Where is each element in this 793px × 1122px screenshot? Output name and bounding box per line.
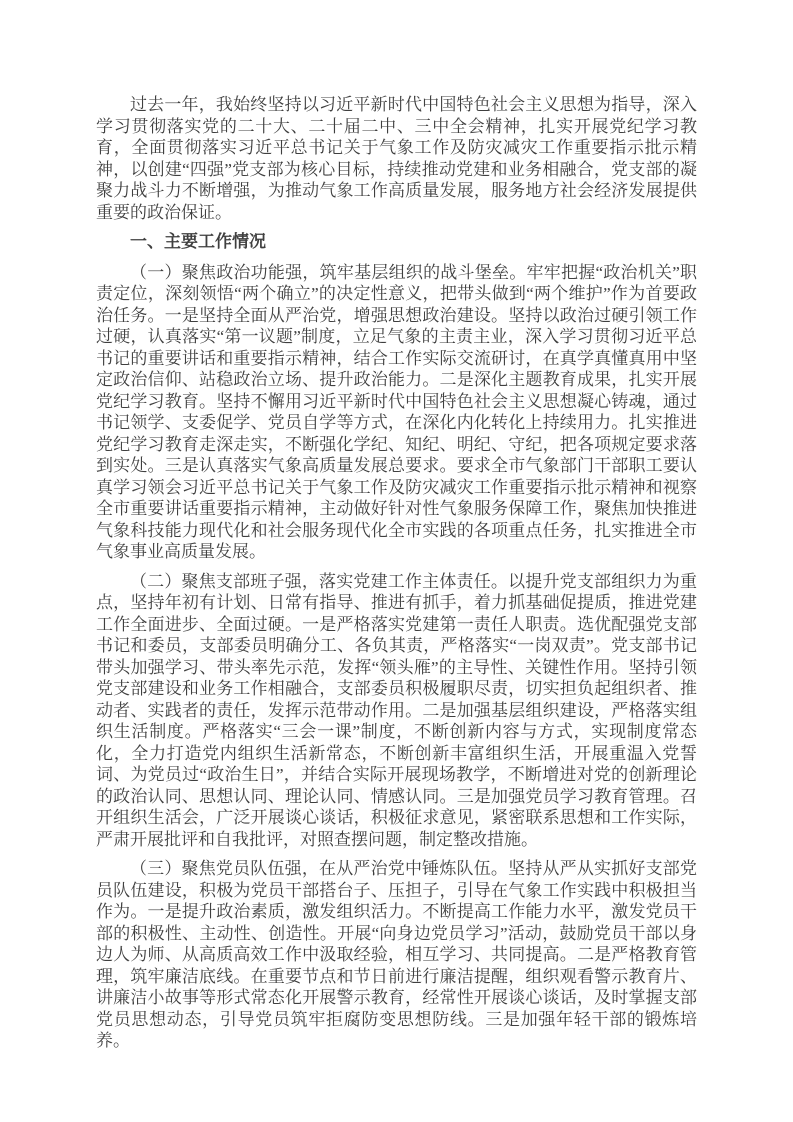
section-paragraph-3: （三）聚焦党员队伍强，在从严治党中锤炼队伍。坚持从严从实抓好支部党员队伍建设，积…: [96, 858, 697, 1052]
section-heading: 一、主要工作情况: [96, 231, 697, 253]
section-paragraph-1: （一）聚焦政治功能强，筑牢基层组织的战斗堡垒。牢牢把握“政治机关”职责定位，深刻…: [96, 262, 697, 563]
intro-paragraph: 过去一年，我始终坚持以习近平新时代中国特色社会主义思想为指导，深入学习贯彻落实党…: [96, 94, 697, 223]
document-page: 过去一年，我始终坚持以习近平新时代中国特色社会主义思想为指导，深入学习贯彻落实党…: [0, 0, 793, 1122]
section-paragraph-2: （二）聚焦支部班子强，落实党建工作主体责任。以提升党支部组织力为重点，坚持年初有…: [96, 571, 697, 851]
